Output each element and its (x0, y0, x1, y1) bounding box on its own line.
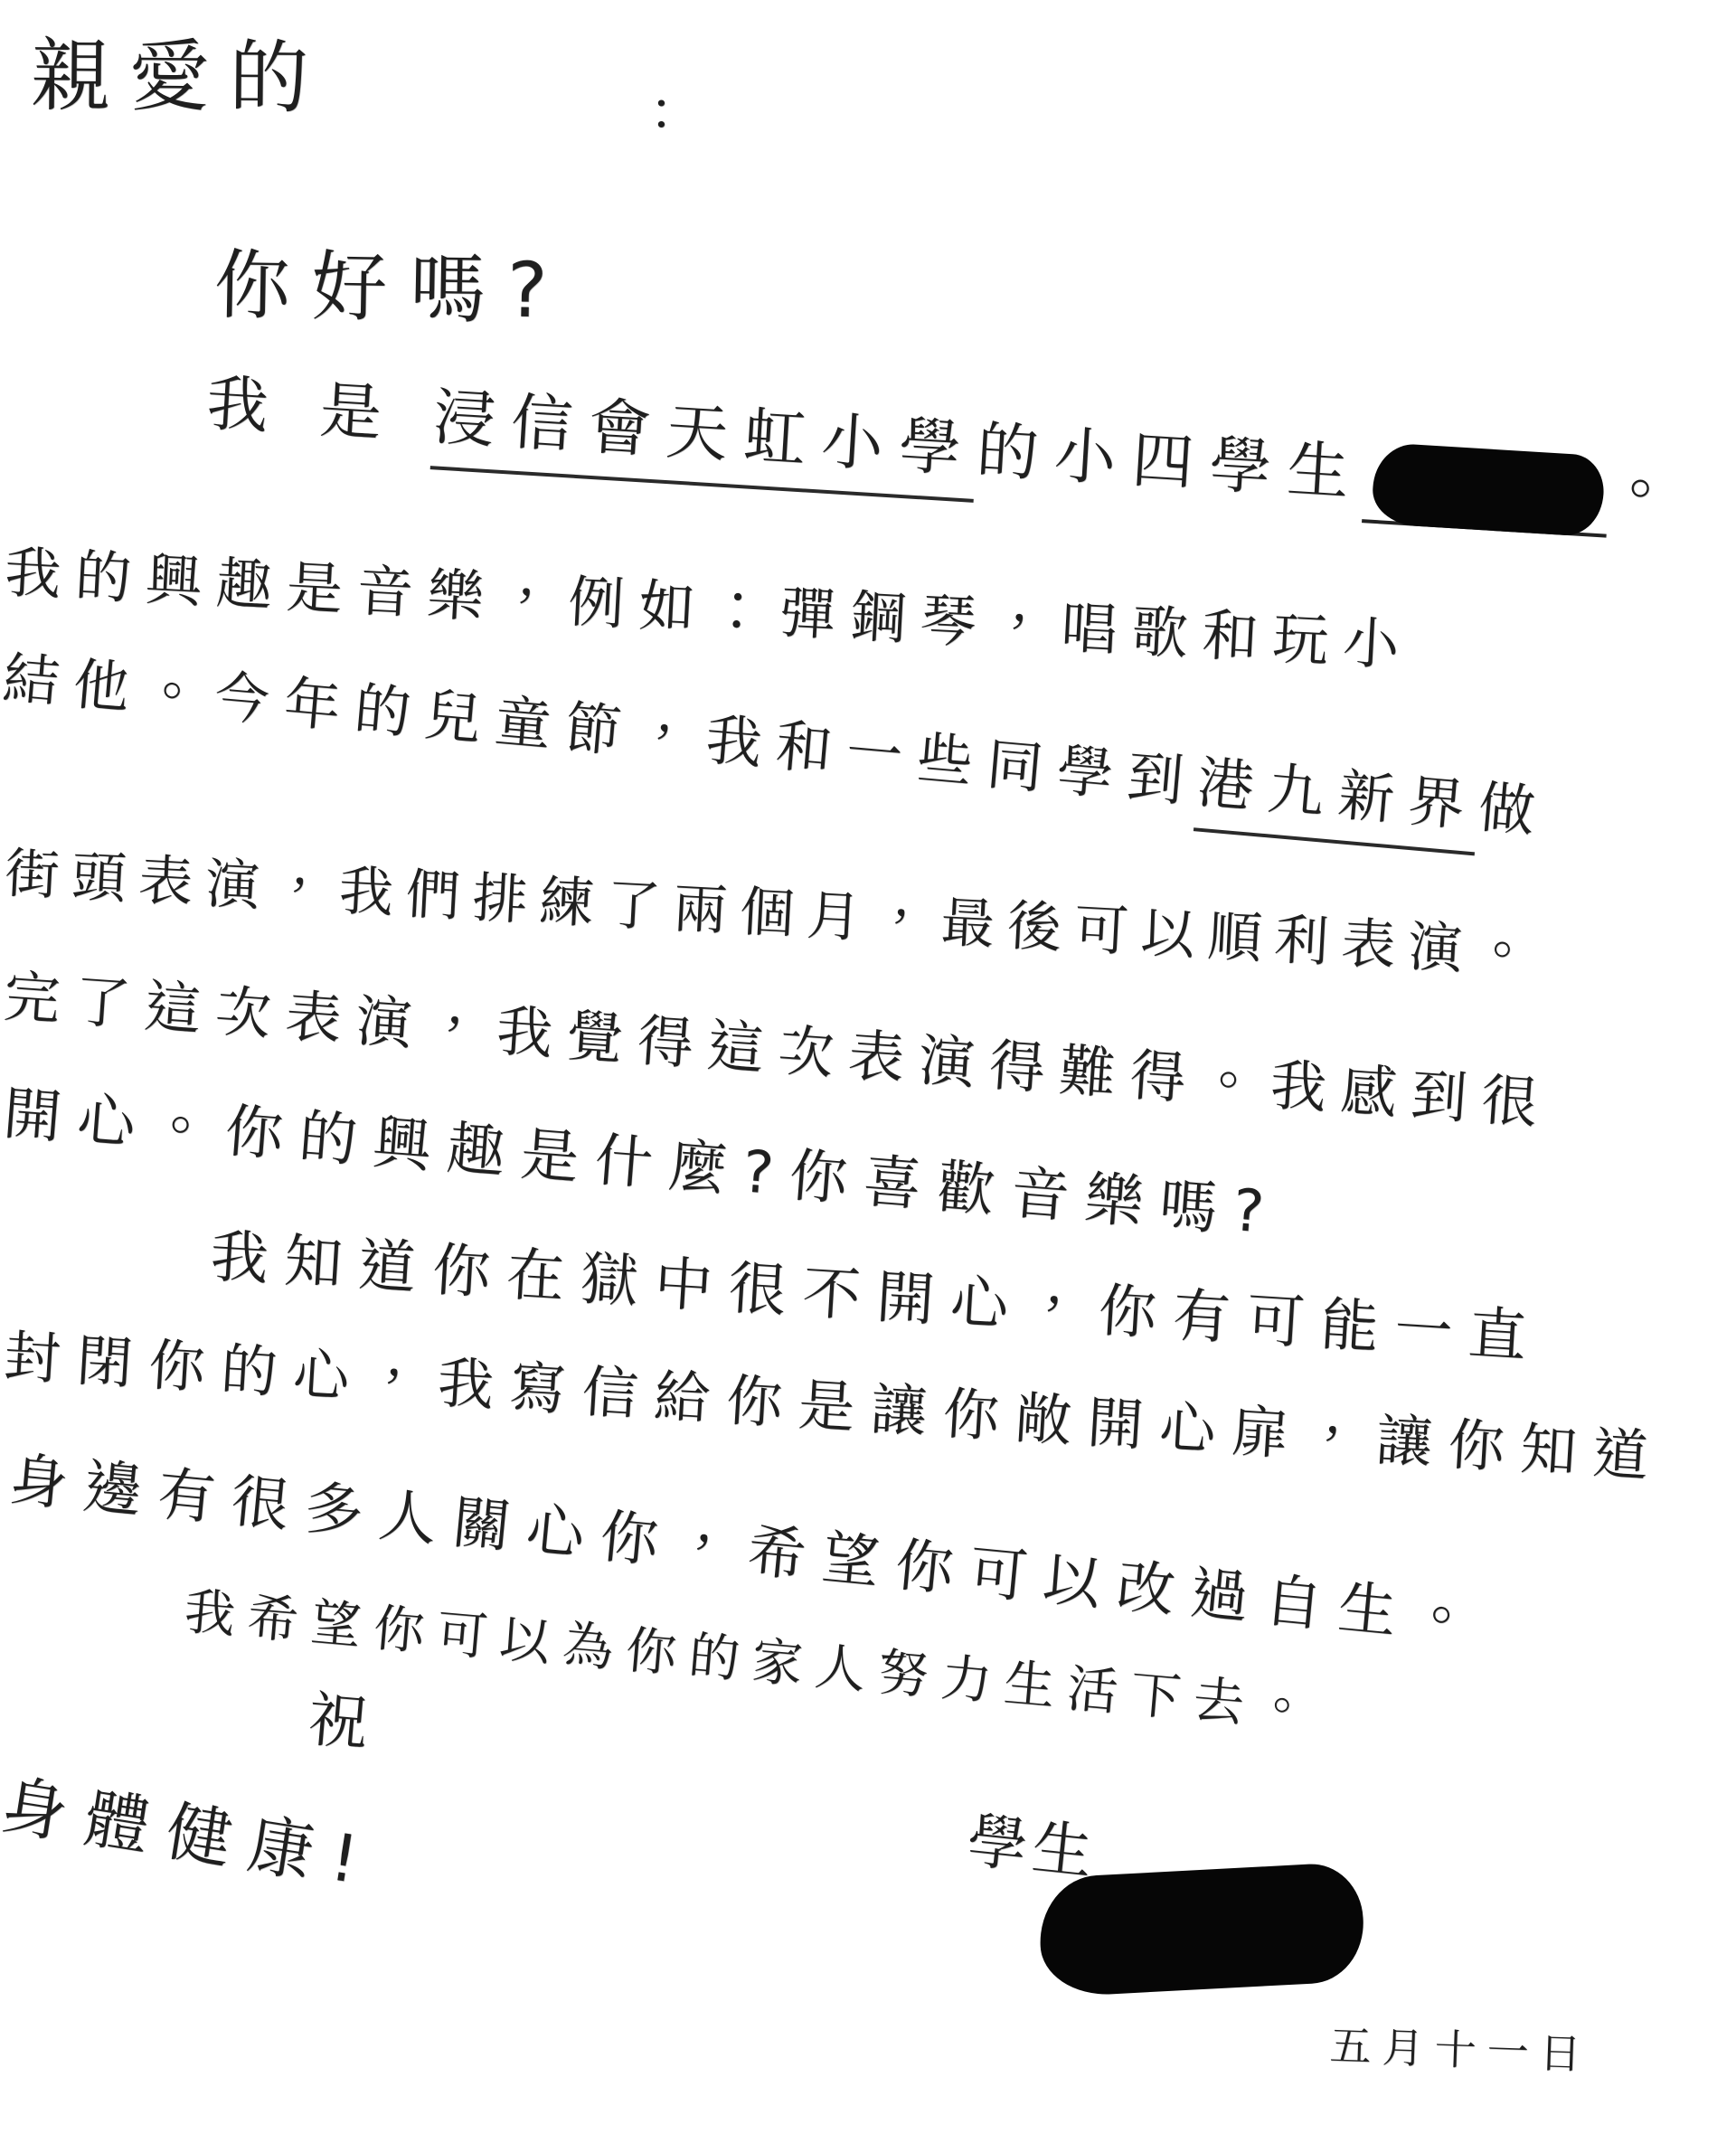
intro-pre: 我 是 (204, 368, 436, 453)
intro-line: 我 是 浸信會天虹小學的小四學生。 (204, 354, 1690, 533)
guitar-post: 做 (1476, 774, 1552, 846)
redacted-student-name (1371, 442, 1606, 537)
intro-mid: 的小四學生 (975, 415, 1367, 510)
salutation: 親愛的 (30, 13, 329, 129)
redacted-signature (1037, 1862, 1366, 1998)
closing-wish: 身體健康! (0, 1752, 383, 1904)
body-line-street: 街頭表演，我們排練了兩個月，最後可以順利表演。 (3, 830, 1543, 988)
guitar-pre: 結他。今年的兒童節，我和一些同學到 (1, 645, 1201, 815)
intro-period: 。 (1608, 454, 1690, 530)
redacted-name-underline (1362, 439, 1611, 537)
greeting-line: 你好嗎? (213, 224, 571, 340)
school-name-underlined: 浸信會天虹小學 (430, 382, 979, 503)
signoff-role: 學生 (964, 1792, 1102, 1892)
salutation-colon: ： (649, 69, 716, 145)
region-underlined: 港九新界 (1193, 750, 1482, 856)
scanned-letter-page: 親愛的 ： 你好嗎? 我 是 浸信會天虹小學的小四學生。 我的興趣是音樂，例如：… (0, 0, 1736, 2143)
closing-wish-lead: 祝 (306, 1671, 387, 1763)
letter-date: 五月十一日 (1329, 2013, 1593, 2082)
